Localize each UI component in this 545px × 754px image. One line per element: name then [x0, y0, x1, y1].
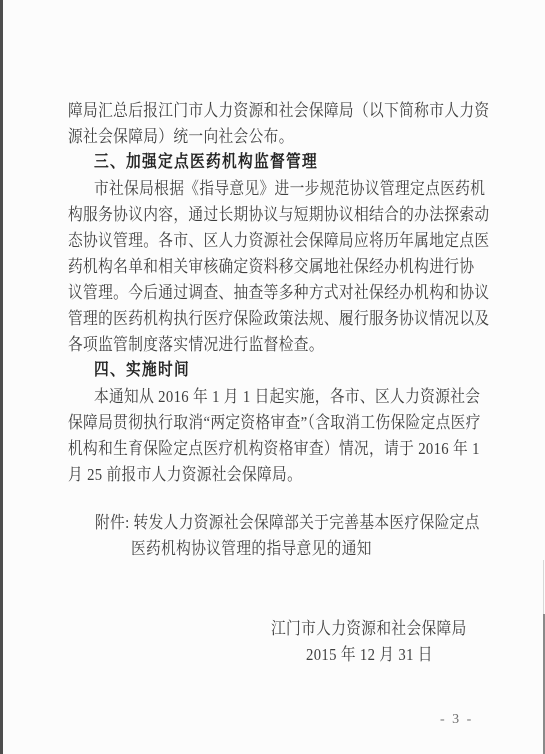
body-line: 源社会保障局）统一向社会公布。	[68, 126, 481, 148]
body-line: 机构和生育保险定点医疗机构资格审查）情况，请于 2016 年 1	[68, 438, 481, 460]
body-line: 构服务协议内容，通过长期协议与短期协议相结合的办法探索动	[68, 204, 481, 226]
page-number: - 3 -	[440, 712, 473, 728]
attachment-note-line2: 医药机构协议管理的指导意见的通知	[131, 538, 544, 560]
attachment-note-line1: 附件: 转发人力资源社会保障部关于完善基本医疗保险定点	[95, 512, 508, 534]
body-line: 本通知从 2016 年 1 月 1 日起实施，各市、区人力资源社会	[68, 386, 507, 408]
body-line: 态协议管理。各市、区人力资源社会保障局应将历年属地定点医	[68, 230, 481, 252]
section-heading-3: 三、加强定点医药机构监督管理	[68, 151, 507, 173]
body-line: 议管理。今后通过调查、抽查等多种方式对社保经办机构和协议	[68, 282, 481, 304]
body-line: 药机构名单和相关审核确定资料移交属地社保经办机构进行协	[68, 256, 481, 278]
body-line: 保障局贯彻执行取消“两定资格审查”（含取消工伤保险定点医疗	[68, 412, 481, 434]
scanned-document-page: 障局汇总后报江门市人力资源和社会保障局（以下简称市人力资 源社会保障局）统一向社…	[0, 0, 545, 754]
scan-edge-right-faint	[543, 560, 544, 620]
body-line: 管理的医药机构执行医疗保险政策法规、履行服务协议情况以及	[68, 308, 481, 330]
signature-date: 2015 年 12 月 31 日	[306, 644, 545, 666]
body-line: 月 25 前报市人力资源社会保障局。	[68, 464, 481, 486]
section-heading-4: 四、实施时间	[68, 359, 507, 381]
body-line: 障局汇总后报江门市人力资源和社会保障局（以下简称市人力资	[68, 100, 481, 122]
body-line: 各项监管制度落实情况进行监督检查。	[68, 334, 481, 356]
body-line: 市社保局根据《指导意见》进一步规范协议管理定点医药机	[68, 178, 507, 200]
signature-organization: 江门市人力资源和社会保障局	[271, 618, 545, 640]
scan-edge-left	[0, 0, 3, 754]
